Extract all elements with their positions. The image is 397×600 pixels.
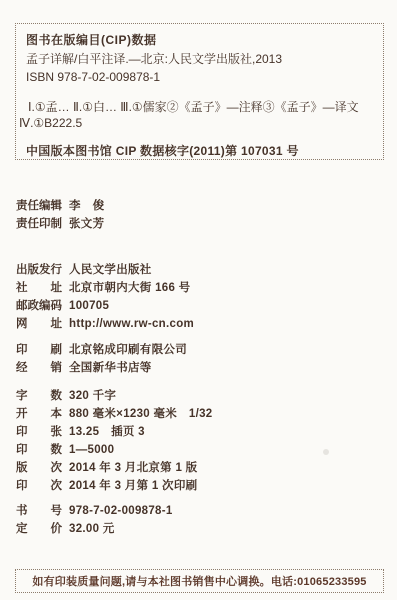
table-row: 经销全国新华书店等 (16, 359, 187, 377)
cip-heading: 图书在版编目(CIP)数据 (26, 31, 373, 50)
quality-notice-box: 如有印装质量问题,请与本社图书销售中心调换。电话:01065233595 (15, 569, 384, 593)
table-row: 责任编辑李 俊 (16, 197, 104, 215)
table-row: 网址http://www.rw-cn.com (16, 315, 194, 333)
row-label: 印次 (16, 477, 62, 495)
row-label: 开本 (16, 405, 62, 423)
table-row: 书号978-7-02-009878-1 (16, 502, 173, 520)
row-value: 13.25 插页 3 (69, 426, 145, 438)
row-value: 北京市朝内大街 166 号 (69, 282, 190, 294)
table-row: 出版发行人民文学出版社 (16, 261, 194, 279)
copyright-page: 图书在版编目(CIP)数据 孟子详解/白平注译.—北京:人民文学出版社,2013… (0, 0, 397, 600)
table-row: 印次2014 年 3 月第 1 次印刷 (16, 477, 212, 495)
row-value: 2014 年 3 月第 1 次印刷 (69, 480, 197, 492)
row-label: 责任编辑 (16, 197, 62, 215)
row-label: 印数 (16, 441, 62, 459)
table-row: 印刷北京铭成印刷有限公司 (16, 341, 187, 359)
row-value: http://www.rw-cn.com (69, 318, 194, 330)
row-value: 2014 年 3 月北京第 1 版 (69, 462, 197, 474)
table-row: 社址北京市朝内大街 166 号 (16, 279, 194, 297)
row-label: 印张 (16, 423, 62, 441)
row-value: 张文芳 (69, 218, 104, 230)
row-value: 北京铭成印刷有限公司 (69, 344, 187, 356)
quality-notice-text: 如有印装质量问题,请与本社图书销售中心调换。电话:01065233595 (32, 576, 366, 588)
row-label: 定价 (16, 520, 62, 538)
row-label: 经销 (16, 359, 62, 377)
cip-data-box: 图书在版编目(CIP)数据 孟子详解/白平注译.—北京:人民文学出版社,2013… (15, 23, 384, 160)
row-label: 社址 (16, 279, 62, 297)
cip-registry-line: 中国版本图书馆 CIP 数据核字(2011)第 107031 号 (26, 142, 373, 161)
row-value: 1—5000 (69, 444, 114, 456)
row-label: 书号 (16, 502, 62, 520)
row-label: 网址 (16, 315, 62, 333)
cip-isbn-line: ISBN 978-7-02-009878-1 (26, 68, 373, 87)
table-row: 印张13.25 插页 3 (16, 423, 212, 441)
cip-classification-line: Ⅰ.①孟… Ⅱ.①白… Ⅲ.①儒家②《孟子》—注释③《孟子》—译文 Ⅳ.①B22… (19, 99, 373, 131)
table-row: 字数320 千字 (16, 387, 212, 405)
row-label: 版次 (16, 459, 62, 477)
row-label: 印刷 (16, 341, 62, 359)
row-value: 李 俊 (69, 200, 104, 212)
row-value: 32.00 元 (69, 523, 115, 535)
table-row: 开本880 毫米×1230 毫米 1/32 (16, 405, 212, 423)
pricing-section: 书号978-7-02-009878-1 定价32.00 元 (16, 502, 173, 538)
table-row: 印数1—5000 (16, 441, 212, 459)
table-row: 邮政编码100705 (16, 297, 194, 315)
staff-section: 责任编辑李 俊 责任印制张文芳 (16, 197, 104, 233)
table-row: 责任印制张文芳 (16, 215, 104, 233)
row-value: 100705 (69, 300, 109, 312)
table-row: 版次2014 年 3 月北京第 1 版 (16, 459, 212, 477)
row-label: 出版发行 (16, 261, 62, 279)
row-label: 邮政编码 (16, 297, 62, 315)
row-value: 人民文学出版社 (69, 264, 152, 276)
publisher-section: 出版发行人民文学出版社 社址北京市朝内大街 166 号 邮政编码100705 网… (16, 261, 194, 333)
row-value: 880 毫米×1230 毫米 1/32 (69, 408, 212, 420)
row-value: 978-7-02-009878-1 (69, 505, 173, 517)
row-label: 责任印制 (16, 215, 62, 233)
specs-section: 字数320 千字 开本880 毫米×1230 毫米 1/32 印张13.25 插… (16, 387, 212, 495)
cip-title-line: 孟子详解/白平注译.—北京:人民文学出版社,2013 (26, 50, 373, 69)
row-label: 字数 (16, 387, 62, 405)
table-row: 定价32.00 元 (16, 520, 173, 538)
scan-speck (323, 449, 329, 455)
printing-section: 印刷北京铭成印刷有限公司 经销全国新华书店等 (16, 341, 187, 377)
row-value: 320 千字 (69, 390, 116, 402)
row-value: 全国新华书店等 (69, 362, 152, 374)
